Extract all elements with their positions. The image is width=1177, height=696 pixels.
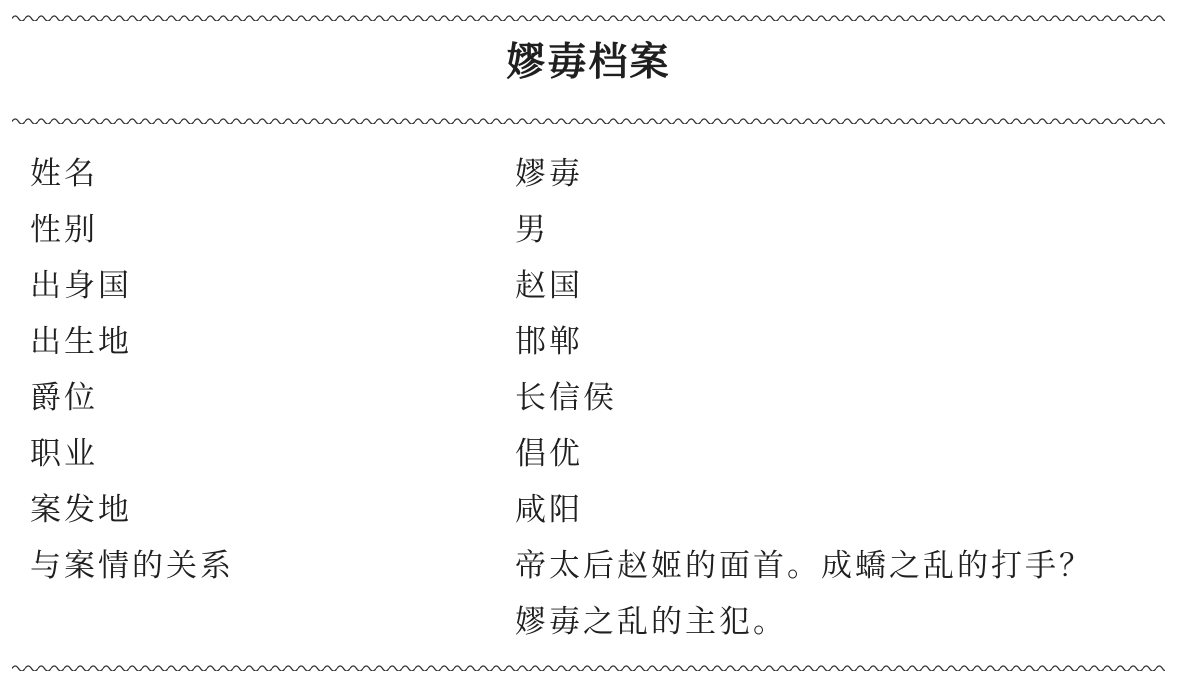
row-value-line-1: 帝太后赵姬的面首。成蟜之乱的打手？ — [515, 538, 1149, 594]
profile-row-crime-location: 案发地 咸阳 — [30, 482, 1149, 538]
document-page: 嫪毐档案 姓名 嫪毐 性别 男 出身国 赵国 出生地 邯郸 爵位 长信侯 职业 — [0, 0, 1177, 696]
row-label: 爵位 — [30, 370, 515, 426]
row-label: 案发地 — [30, 482, 515, 538]
row-value-line-2: 嫪毐之乱的主犯。 — [515, 594, 1149, 650]
row-label: 出身国 — [30, 258, 515, 314]
row-label: 性别 — [30, 202, 515, 258]
profile-row-case-relation: 与案情的关系 帝太后赵姬的面首。成蟜之乱的打手？ 嫪毐之乱的主犯。 — [30, 538, 1149, 650]
row-label: 出生地 — [30, 314, 515, 370]
row-value: 帝太后赵姬的面首。成蟜之乱的打手？ 嫪毐之乱的主犯。 — [515, 538, 1149, 650]
profile-row-occupation: 职业 倡优 — [30, 426, 1149, 482]
profile-row-gender: 性别 男 — [30, 202, 1149, 258]
row-value: 长信侯 — [515, 370, 1149, 426]
row-value: 嫪毐 — [515, 146, 1149, 202]
wavy-divider-middle — [12, 115, 1165, 124]
row-value: 咸阳 — [515, 482, 1149, 538]
profile-row-origin-state: 出身国 赵国 — [30, 258, 1149, 314]
row-label: 职业 — [30, 426, 515, 482]
row-value: 倡优 — [515, 426, 1149, 482]
profile-table: 姓名 嫪毐 性别 男 出身国 赵国 出生地 邯郸 爵位 长信侯 职业 倡优 案发… — [30, 146, 1149, 650]
profile-row-birthplace: 出生地 邯郸 — [30, 314, 1149, 370]
row-value: 邯郸 — [515, 314, 1149, 370]
wavy-divider-top — [12, 12, 1165, 21]
row-label: 与案情的关系 — [30, 538, 515, 594]
row-label: 姓名 — [30, 146, 515, 202]
row-value: 赵国 — [515, 258, 1149, 314]
profile-row-noble-title: 爵位 长信侯 — [30, 370, 1149, 426]
profile-row-name: 姓名 嫪毐 — [30, 146, 1149, 202]
row-value: 男 — [515, 202, 1149, 258]
page-title: 嫪毐档案 — [0, 40, 1177, 87]
wavy-divider-bottom — [12, 662, 1165, 671]
